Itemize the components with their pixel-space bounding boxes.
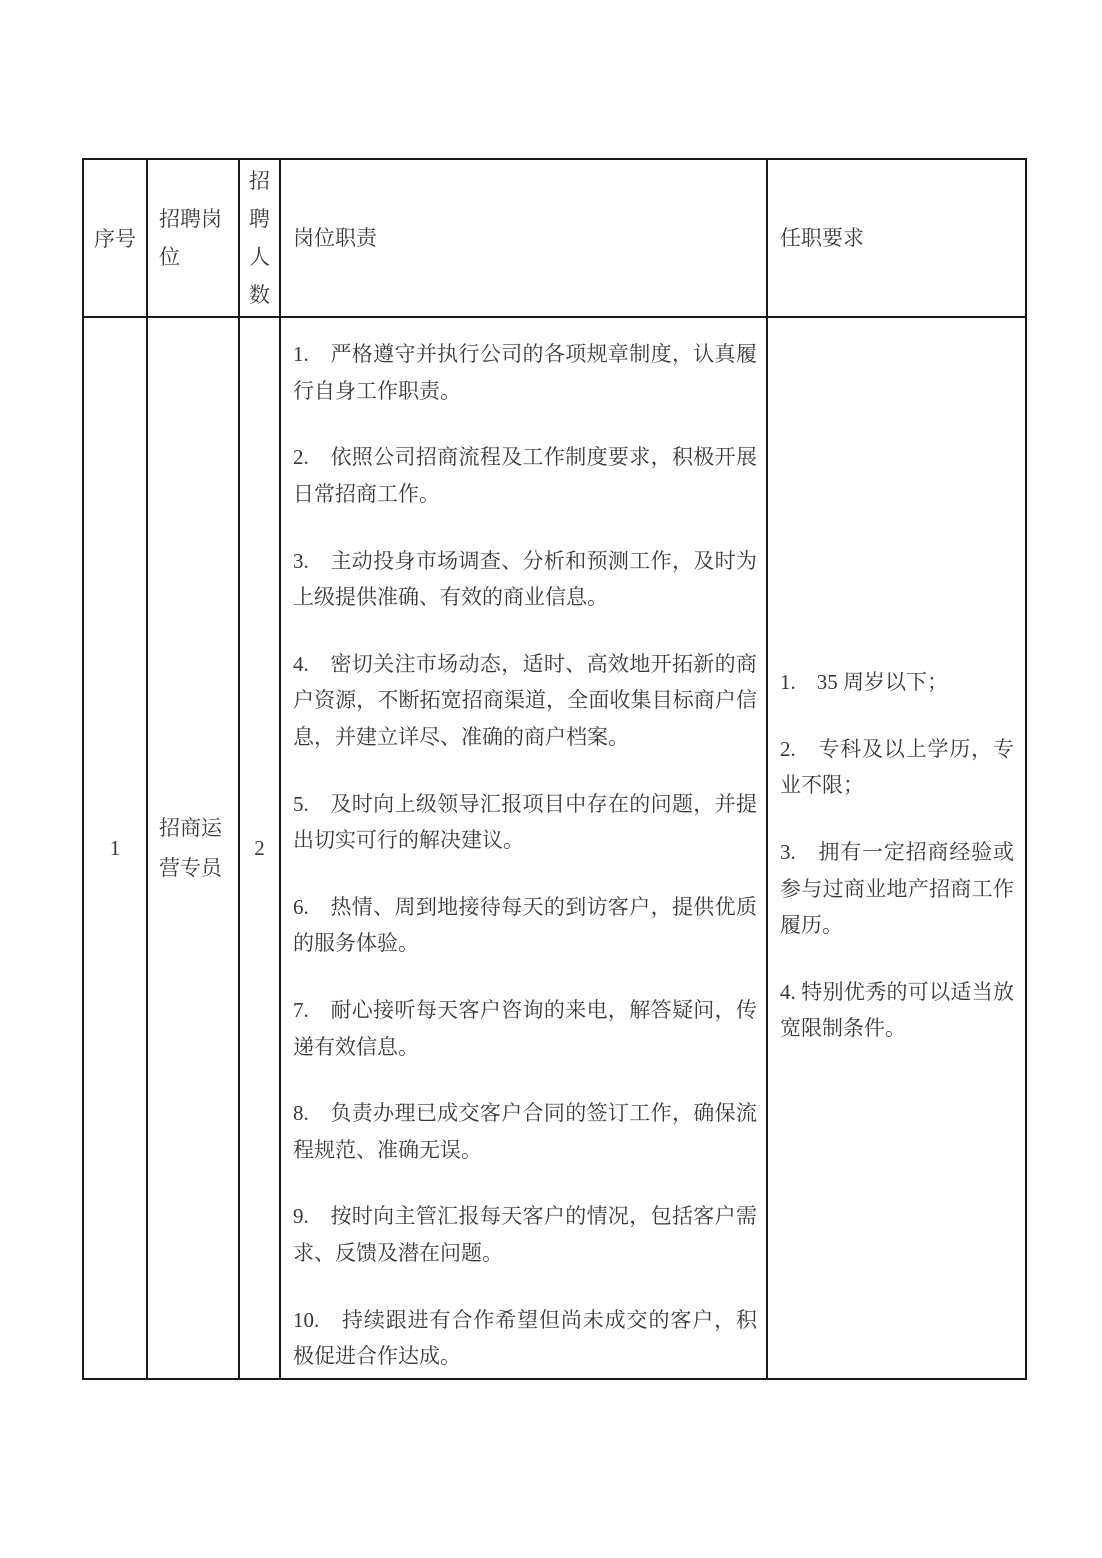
duty-item-2: 2. 依照公司招商流程及工作制度要求，积极开展日常招商工作。 <box>293 439 757 512</box>
table-header-row: 序号 招聘岗位 招聘人数 岗位职责 任职要求 <box>83 159 1026 317</box>
cell-index: 1 <box>83 317 147 1379</box>
requirement-item-1: 1. 35 周岁以下； <box>780 664 1014 701</box>
requirement-item-2: 2. 专科及以上学历，专业不限； <box>780 731 1014 804</box>
duty-item-4: 4. 密切关注市场动态，适时、高效地开拓新的商户资源，不断拓宽招商渠道，全面收集… <box>293 646 757 756</box>
duty-item-7: 7. 耐心接听每天客户咨询的来电，解答疑问，传递有效信息。 <box>293 992 757 1065</box>
duty-item-5: 5. 及时向上级领导汇报项目中存在的问题，并提出切实可行的解决建议。 <box>293 786 757 859</box>
cell-position: 招商运营专员 <box>147 317 239 1379</box>
document-page: 序号 招聘岗位 招聘人数 岗位职责 任职要求 1 招商运营专员 2 1. 严格遵… <box>0 0 1102 1558</box>
duty-item-9: 9. 按时向主管汇报每天客户的情况，包括客户需求、反馈及潜在问题。 <box>293 1198 757 1271</box>
duty-item-10: 10. 持续跟进有合作希望但尚未成交的客户，积极促进合作达成。 <box>293 1302 757 1375</box>
cell-duties: 1. 严格遵守并执行公司的各项规章制度，认真履行自身工作职责。 2. 依照公司招… <box>280 317 767 1379</box>
cell-requirements: 1. 35 周岁以下； 2. 专科及以上学历，专业不限； 3. 拥有一定招商经验… <box>767 317 1026 1379</box>
requirement-item-3: 3. 拥有一定招商经验或参与过商业地产招商工作履历。 <box>780 834 1014 944</box>
header-cell-duties: 岗位职责 <box>280 159 767 317</box>
duty-item-1: 1. 严格遵守并执行公司的各项规章制度，认真履行自身工作职责。 <box>293 336 757 409</box>
duty-item-3: 3. 主动投身市场调查、分析和预测工作，及时为上级提供准确、有效的商业信息。 <box>293 543 757 616</box>
requirement-item-4: 4. 特别优秀的可以适当放宽限制条件。 <box>780 974 1014 1047</box>
header-cell-index: 序号 <box>83 159 147 317</box>
table-row: 1 招商运营专员 2 1. 严格遵守并执行公司的各项规章制度，认真履行自身工作职… <box>83 317 1026 1379</box>
cell-headcount: 2 <box>239 317 280 1379</box>
duty-item-6: 6. 热情、周到地接待每天的到访客户，提供优质的服务体验。 <box>293 889 757 962</box>
header-cell-requirements: 任职要求 <box>767 159 1026 317</box>
recruitment-table: 序号 招聘岗位 招聘人数 岗位职责 任职要求 1 招商运营专员 2 1. 严格遵… <box>82 158 1027 1380</box>
header-cell-headcount: 招聘人数 <box>239 159 280 317</box>
header-cell-position: 招聘岗位 <box>147 159 239 317</box>
duty-item-8: 8. 负责办理已成交客户合同的签订工作，确保流程规范、准确无误。 <box>293 1095 757 1168</box>
